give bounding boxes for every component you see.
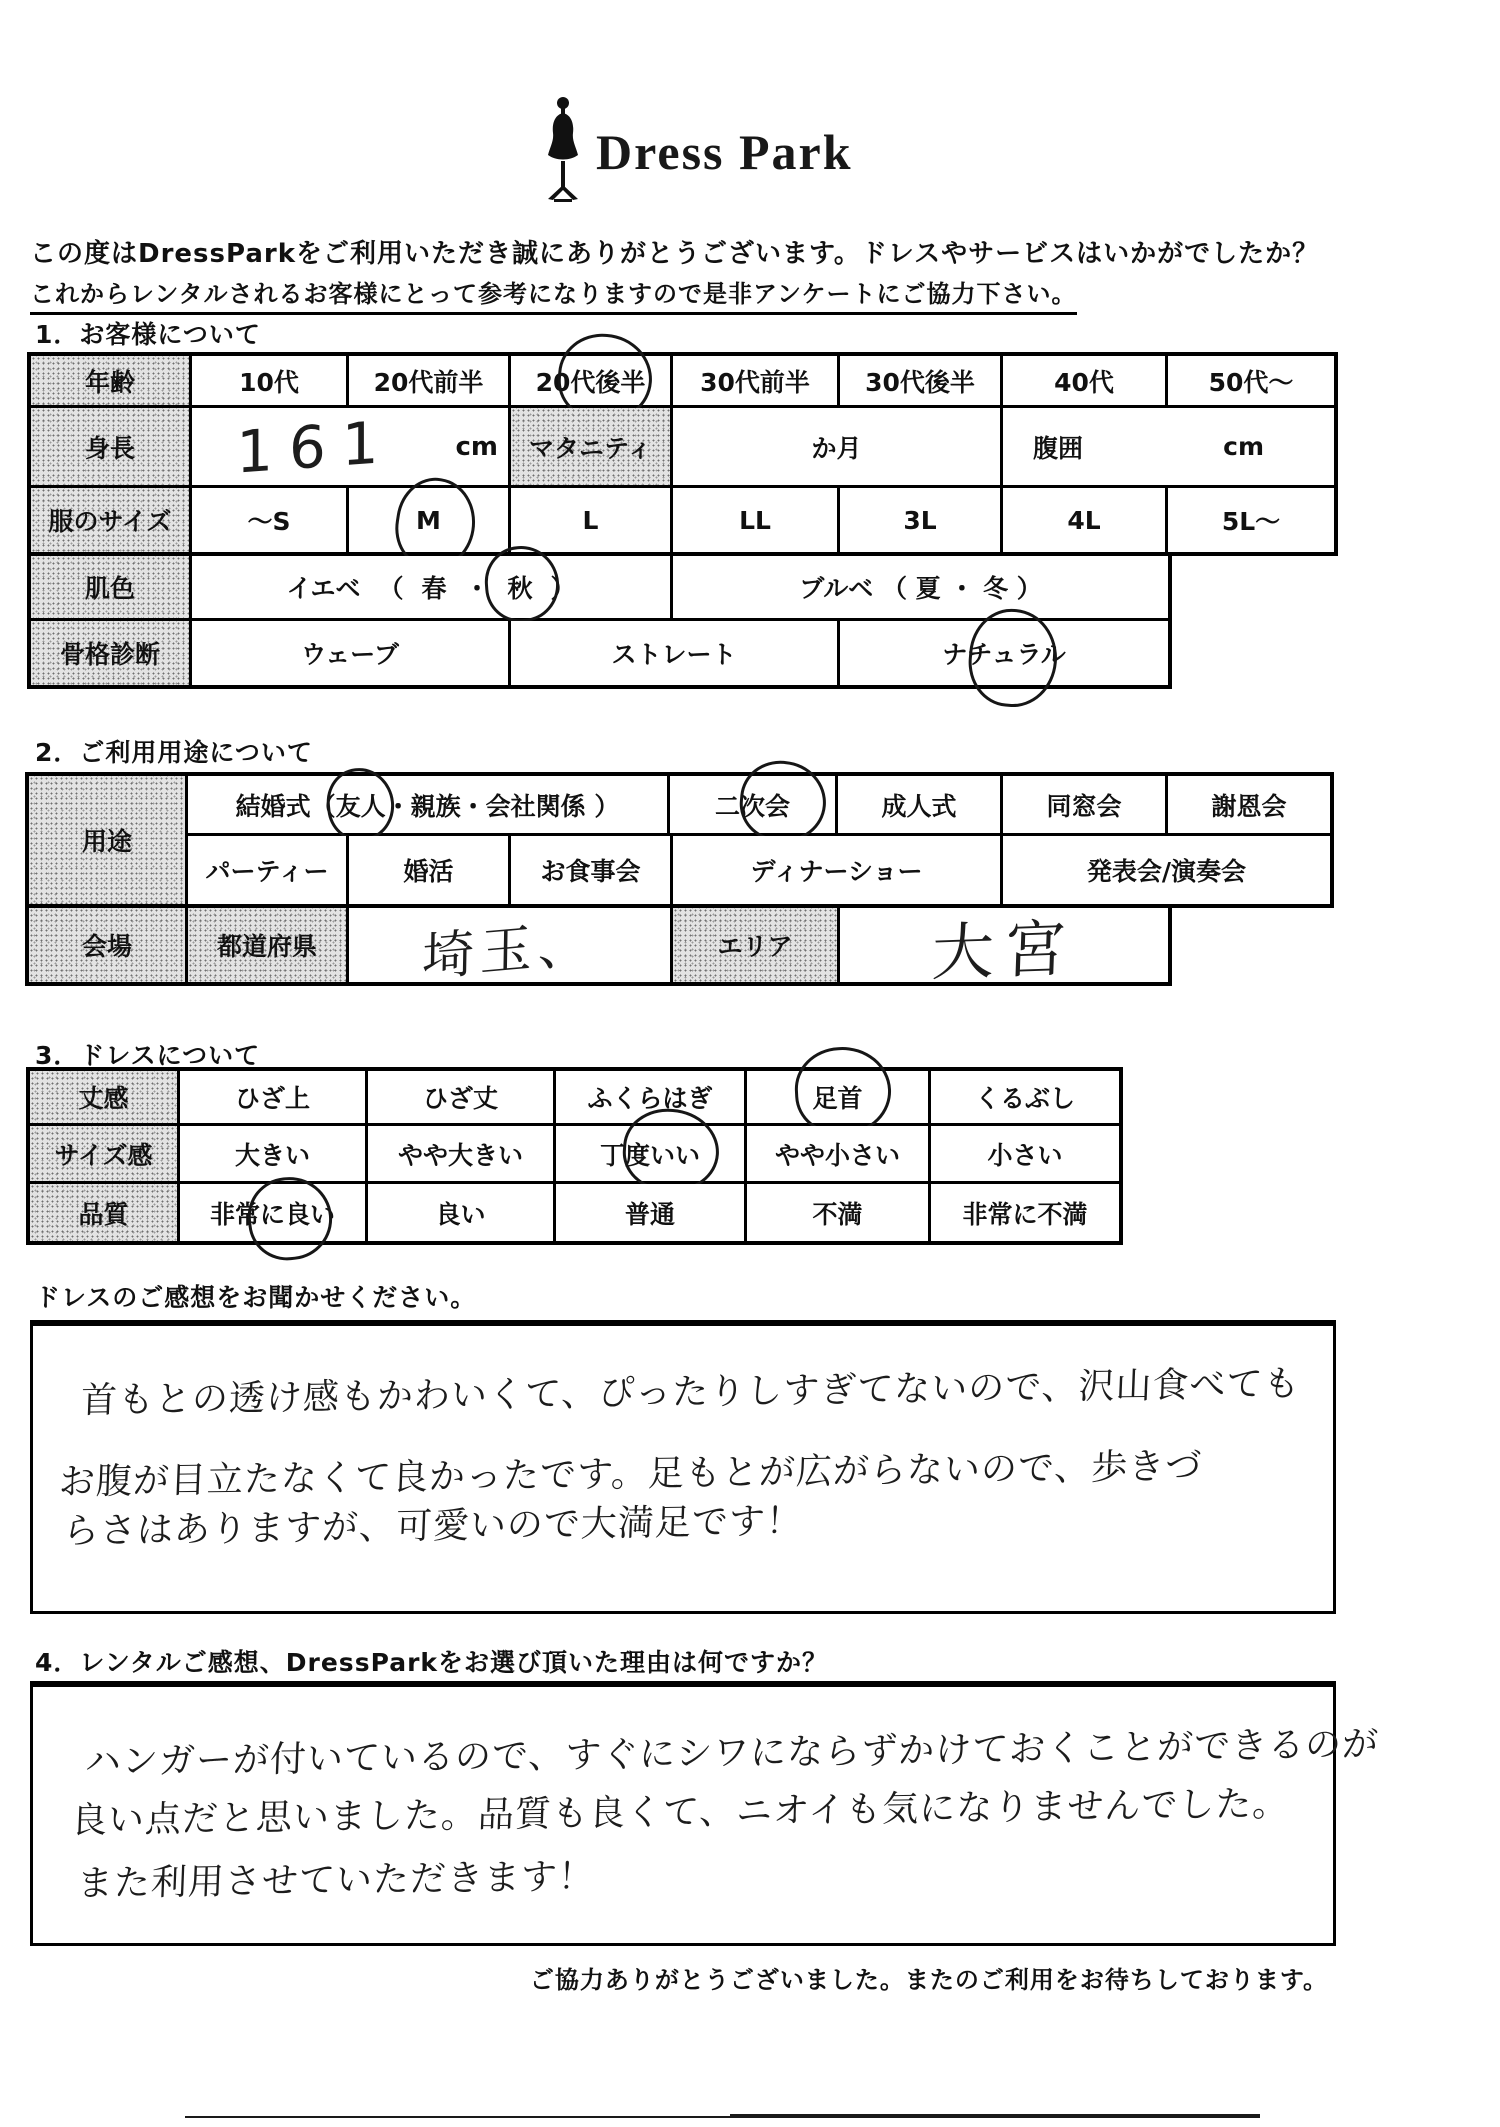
quality-option-good[interactable]: 良い xyxy=(368,1184,556,1241)
dress-form-icon xyxy=(540,95,586,205)
height-unit-label: cm xyxy=(455,432,498,462)
handwritten-reason-line3: また利用させていただきます！ xyxy=(76,1848,596,1906)
quality-option-very-unsatisfied[interactable]: 非常に不満 xyxy=(931,1184,1119,1241)
fit-option-slightly-small[interactable]: やや小さい xyxy=(747,1126,931,1184)
quality-option-very-good[interactable]: 非常に良い xyxy=(180,1184,368,1241)
prefecture-value-cell[interactable]: 埼玉、 xyxy=(349,908,673,982)
brand-logo: Dress Park xyxy=(540,95,853,205)
customer-table-lower: 肌色 イエベ （ 春 ・ 秋 ） ブルベ （ 夏 ・ 冬 ） 骨格診断 ウェーブ… xyxy=(27,556,1172,689)
maternity-label-cell: マタニティ xyxy=(511,408,673,488)
row-header-purpose: 用途 xyxy=(29,776,188,904)
handwritten-feedback-line3: らさはありますが、可愛いので大満足です！ xyxy=(62,1493,804,1554)
age-option-10s[interactable]: 10代 xyxy=(192,356,349,408)
paren-close: ） xyxy=(551,569,576,605)
row-header-fit: サイズ感 xyxy=(30,1126,180,1184)
dress-table: 丈感 ひざ上 ひざ丈 ふくらはぎ 足首 くるぶし サイズ感 大きい やや大きい … xyxy=(26,1067,1123,1245)
age-option-30s-early[interactable]: 30代前半 xyxy=(673,356,840,408)
scan-artifact-line xyxy=(730,2114,1260,2118)
length-option-calf[interactable]: ふくらはぎ xyxy=(556,1071,747,1126)
usage-table: 用途 結婚式（ 友人 ・親族・会社関係 ） 二次会 成人式 同窓会 xyxy=(25,772,1334,908)
venue-row: 会場 都道府県 埼玉、 エリア 大宮 xyxy=(29,908,1168,982)
customer-table-upper: 年齢 10代 20代前半 20代後半 30代前半 30代後半 40代 50代～ … xyxy=(27,352,1338,556)
survey-scan-page: Dress Park この度はDressParkをご利用いただき誠にありがとうご… xyxy=(0,0,1500,2127)
size-option-5l[interactable]: 5L～ xyxy=(1168,488,1334,552)
purpose-option-recital[interactable]: 発表会/演奏会 xyxy=(1003,836,1330,904)
dress-feedback-box[interactable]: 首もとの透け感もかわいくて、ぴったりしすぎてないので、沢山食べても お腹が目立た… xyxy=(30,1320,1336,1614)
length-option-ankle-label: 足首 xyxy=(812,1084,862,1113)
venue-table: 会場 都道府県 埼玉、 エリア 大宮 xyxy=(25,908,1172,986)
row-header-length: 丈感 xyxy=(30,1071,180,1126)
wedding-prefix: 結婚式（ xyxy=(236,787,336,823)
skin-row: 肌色 イエベ （ 春 ・ 秋 ） ブルベ （ 夏 ・ 冬 ） xyxy=(31,556,1168,621)
size-option-4l[interactable]: 4L xyxy=(1003,488,1168,552)
handwritten-area: 大宮 xyxy=(930,898,1077,992)
prefecture-label-cell: 都道府県 xyxy=(188,908,349,982)
purpose-option-dinner-show[interactable]: ディナーショー xyxy=(673,836,1003,904)
age-option-20s-late-label: 20代後半 xyxy=(536,368,646,397)
skin-option-autumn-label: 秋 xyxy=(508,574,533,603)
girth-cell[interactable]: 腹囲 cm xyxy=(1003,408,1334,488)
wedding-friend-label: 友人 xyxy=(336,792,386,821)
size-option-s[interactable]: ～S xyxy=(192,488,349,552)
size-row: 服のサイズ ～S M L LL 3L 4L 5L～ xyxy=(31,488,1334,552)
handwritten-reason-line1: ハンガーが付いているので、すぐにシワにならずかけておくことができるのが xyxy=(84,1716,1380,1785)
fit-option-slightly-large[interactable]: やや大きい xyxy=(368,1126,556,1184)
quality-option-very-good-label: 非常に良い xyxy=(210,1200,335,1229)
separator-dot: ・ xyxy=(465,569,490,605)
feedback-heading: ドレスのご感想をお聞かせください。 xyxy=(35,1278,476,1314)
scan-artifact-line xyxy=(185,2116,730,2118)
frame-option-straight[interactable]: ストレート xyxy=(511,621,840,685)
skin-option-blue-base[interactable]: ブルベ （ 夏 ・ 冬 ） xyxy=(673,556,1168,621)
length-option-anklebone[interactable]: くるぶし xyxy=(931,1071,1119,1126)
afterparty-label: 二次会 xyxy=(715,792,790,821)
size-option-ll[interactable]: LL xyxy=(673,488,840,552)
row-header-skin: 肌色 xyxy=(31,556,192,621)
purpose-option-wedding[interactable]: 結婚式（ 友人 ・親族・会社関係 ） xyxy=(188,776,670,836)
size-option-m[interactable]: M xyxy=(349,488,511,552)
handwritten-reason-line2: 良い点だと思いました。品質も良くて、ニオイも気になりませんでした。 xyxy=(70,1775,1290,1843)
rental-feedback-box[interactable]: ハンガーが付いているので、すぐにシワにならずかけておくことができるのが 良い点だ… xyxy=(30,1681,1336,1946)
handwritten-feedback-line1: 首もとの透け感もかわいくて、ぴったりしすぎてないので、沢山食べても xyxy=(80,1355,1301,1423)
purpose-option-konkatsu[interactable]: 婚活 xyxy=(349,836,511,904)
row-header-age: 年齢 xyxy=(31,356,192,408)
purpose-row-b: パーティー 婚活 お食事会 ディナーショー 発表会/演奏会 xyxy=(188,836,1330,904)
frame-option-wave[interactable]: ウェーブ xyxy=(192,621,511,685)
purpose-option-wedding-friend[interactable]: 友人 xyxy=(336,787,386,823)
maternity-months-cell[interactable]: か月 xyxy=(673,408,1003,488)
row-header-quality: 品質 xyxy=(30,1184,180,1241)
intro-thanks-line: この度はDressParkをご利用いただき誠にありがとうございます。ドレスやサー… xyxy=(30,233,1319,270)
area-label-cell: エリア xyxy=(673,908,840,982)
fit-option-small[interactable]: 小さい xyxy=(931,1126,1119,1184)
size-option-l[interactable]: L xyxy=(511,488,673,552)
skin-option-yellow-base[interactable]: イエベ （ 春 ・ 秋 ） xyxy=(192,556,673,621)
quality-option-unsatisfied[interactable]: 不満 xyxy=(747,1184,931,1241)
area-value-cell[interactable]: 大宮 xyxy=(840,908,1168,982)
fit-option-just-right[interactable]: 丁度いい xyxy=(556,1126,747,1184)
skin-option-spring[interactable]: 春 xyxy=(421,569,446,605)
length-option-knee[interactable]: ひざ丈 xyxy=(368,1071,556,1126)
girth-label: 腹囲 xyxy=(1033,429,1083,465)
handwritten-height-value: 161 xyxy=(236,407,394,486)
purpose-option-thanks-party[interactable]: 謝恩会 xyxy=(1168,776,1330,836)
footer-thanks: ご協力ありがとうございました。またのご利用をお待ちしております。 xyxy=(530,1960,1328,1995)
intro-request-line: これからレンタルされるお客様にとって参考になりますので是非アンケートにご協力下さ… xyxy=(30,274,1077,315)
skin-option-autumn[interactable]: 秋 xyxy=(508,569,533,605)
section2-heading: 2．ご利用用途について xyxy=(35,733,313,769)
length-option-above-knee[interactable]: ひざ上 xyxy=(180,1071,368,1126)
purpose-option-reunion[interactable]: 同窓会 xyxy=(1003,776,1168,836)
age-option-20s-early[interactable]: 20代前半 xyxy=(349,356,511,408)
frame-option-natural[interactable]: ナチュラル xyxy=(840,621,1168,685)
age-option-20s-late[interactable]: 20代後半 xyxy=(511,356,673,408)
frame-row: 骨格診断 ウェーブ ストレート ナチュラル xyxy=(31,621,1168,685)
row-header-size: 服のサイズ xyxy=(31,488,192,552)
paren-open: （ xyxy=(378,569,403,605)
handwritten-prefecture: 埼玉、 xyxy=(422,900,597,991)
purpose-option-coming-of-age[interactable]: 成人式 xyxy=(838,776,1003,836)
age-row: 年齢 10代 20代前半 20代後半 30代前半 30代後半 40代 50代～ xyxy=(31,356,1334,408)
brand-name: Dress Park xyxy=(596,123,853,181)
frame-option-natural-label: ナチュラル xyxy=(942,640,1066,669)
purpose-option-party[interactable]: パーティー xyxy=(188,836,349,904)
height-value-cell[interactable]: 161 cm xyxy=(192,408,511,488)
girth-unit-label: cm xyxy=(1223,432,1264,461)
skin-yellow-label: イエベ xyxy=(286,569,360,605)
quality-row: 品質 非常に良い 良い 普通 不満 非常に不満 xyxy=(30,1184,1119,1241)
purpose-option-afterparty[interactable]: 二次会 xyxy=(670,776,838,836)
quality-option-normal[interactable]: 普通 xyxy=(556,1184,747,1241)
length-row: 丈感 ひざ上 ひざ丈 ふくらはぎ 足首 くるぶし xyxy=(30,1071,1119,1126)
age-option-30s-late[interactable]: 30代後半 xyxy=(840,356,1003,408)
size-option-m-label: M xyxy=(416,506,441,535)
row-header-frame: 骨格診断 xyxy=(31,621,192,685)
fit-option-just-right-label: 丁度いい xyxy=(600,1141,700,1170)
age-option-50s[interactable]: 50代～ xyxy=(1168,356,1334,408)
age-option-40s[interactable]: 40代 xyxy=(1003,356,1168,408)
size-option-3l[interactable]: 3L xyxy=(840,488,1003,552)
row-header-venue: 会場 xyxy=(29,908,188,982)
purpose-row-a: 結婚式（ 友人 ・親族・会社関係 ） 二次会 成人式 同窓会 謝恩会 xyxy=(188,776,1330,836)
purpose-option-dinner[interactable]: お食事会 xyxy=(511,836,673,904)
fit-option-large[interactable]: 大きい xyxy=(180,1126,368,1184)
height-row: 身長 161 cm マタニティ か月 腹囲 cm xyxy=(31,408,1334,488)
fit-row: サイズ感 大きい やや大きい 丁度いい やや小さい 小さい xyxy=(30,1126,1119,1184)
section4-heading: 4．レンタルご感想、DressParkをお選び頂いた理由は何ですか？ xyxy=(35,1643,828,1679)
row-header-height: 身長 xyxy=(31,408,192,488)
section1-heading: 1．お客様について xyxy=(35,315,261,351)
wedding-suffix: ・親族・会社関係 ） xyxy=(386,787,620,823)
length-option-ankle[interactable]: 足首 xyxy=(747,1071,931,1126)
